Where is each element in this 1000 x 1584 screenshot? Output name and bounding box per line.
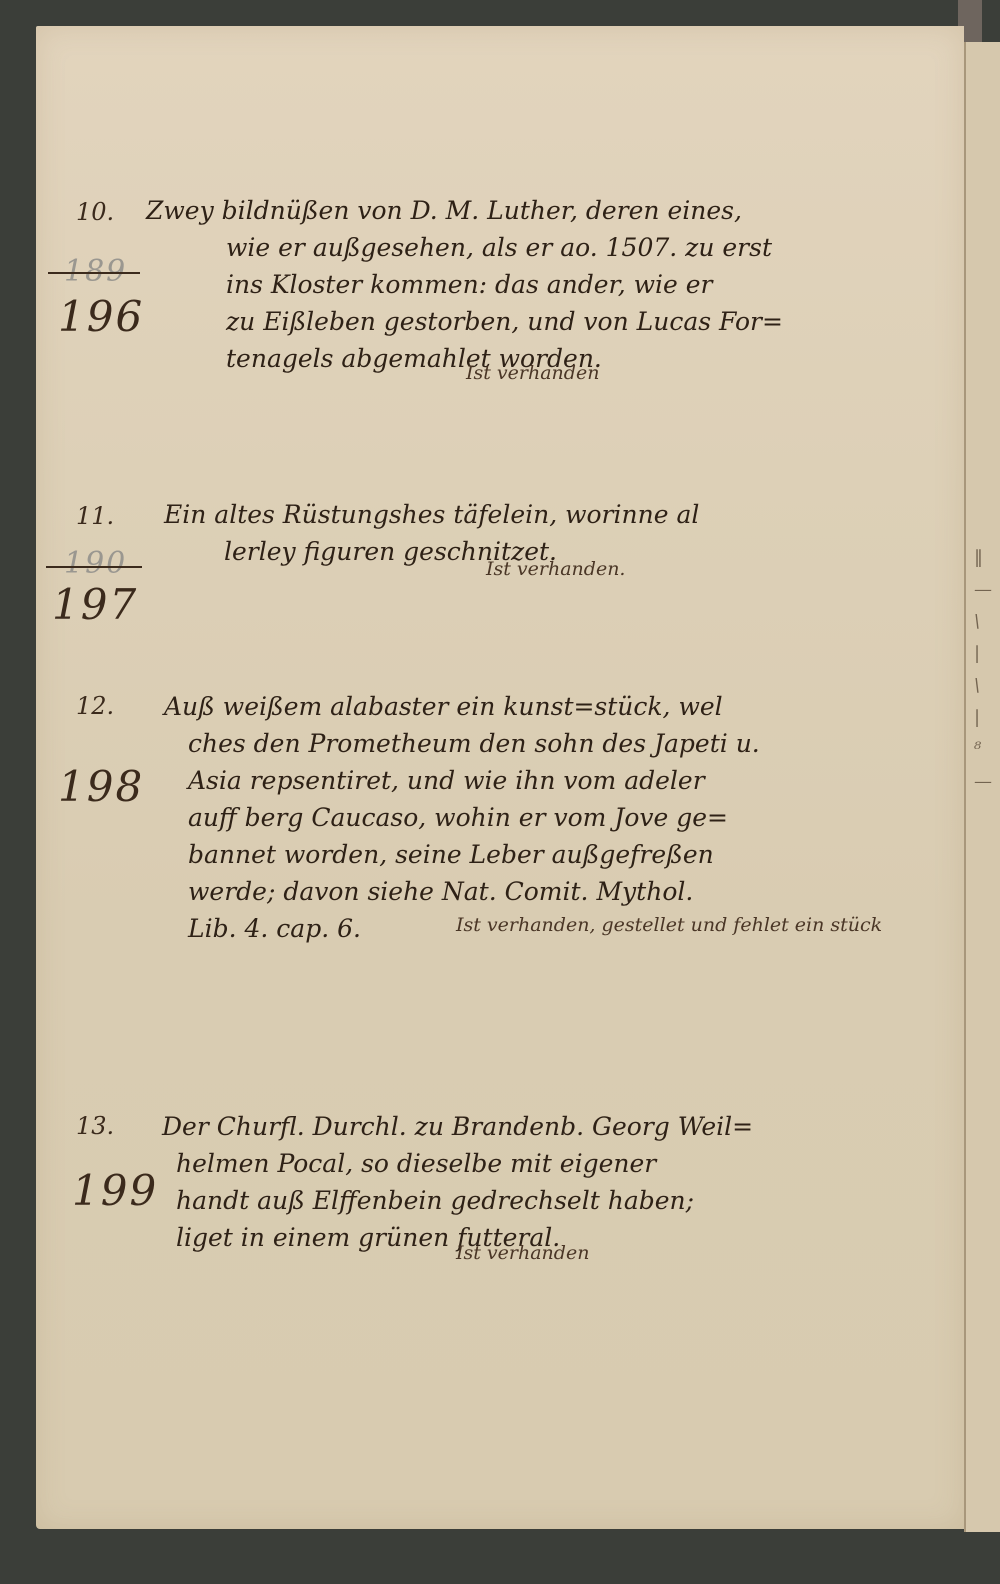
entry-line: helmen Pocal, so dieselbe mit eigener	[176, 1145, 656, 1182]
entry-line: handt auß Elffenbein gedrechselt haben;	[176, 1182, 694, 1219]
strike-line	[48, 272, 140, 274]
entry-line: bannet worden, seine Leber außgefreßen	[188, 836, 714, 873]
entry-line: Asia repsentiret, und wie ihn vom adeler	[188, 762, 705, 799]
entry-line: Auß weißem alabaster ein kunst=stück, we…	[164, 688, 723, 725]
entry-number-13: 13.	[76, 1112, 114, 1140]
strike-line	[46, 566, 142, 568]
entry-line: auff berg Caucaso, wohin er vom Jove ge=	[188, 799, 728, 836]
entry-number-10: 10.	[76, 198, 114, 226]
entry-line: ins Kloster kommen: das ander, wie er	[226, 266, 713, 303]
entry-line: ches den Prometheum den sohn des Japeti …	[188, 725, 760, 762]
old-catalog-number-190: 190	[64, 546, 127, 581]
entry-number-12: 12.	[76, 692, 114, 720]
status-note: Ist verhanden	[466, 362, 599, 384]
entry-line: Der Churfl. Durchl. zu Brandenb. Georg W…	[162, 1108, 753, 1145]
entry-line: Lib. 4. cap. 6.	[188, 910, 361, 947]
entry-number-11: 11.	[76, 502, 114, 530]
entry-line: wie er außgesehen, als er ao. 1507. zu e…	[226, 229, 772, 266]
catalog-number-197: 197	[52, 580, 138, 629]
manuscript-page: 10. 189 196 Zwey bildnüßen von D. M. Lut…	[36, 26, 964, 1529]
status-note: Ist verhanden	[456, 1242, 589, 1264]
entry-line: Ein altes Rüstungshes täfelein, worinne …	[164, 496, 699, 533]
adjacent-page-edge: ‖ — \ | \ | ⁸ —	[964, 42, 1000, 1532]
catalog-number-196: 196	[58, 292, 144, 341]
entry-line: zu Eißleben gestorben, und von Lucas For…	[226, 303, 783, 340]
status-note: Ist verhanden, gestellet und fehlet ein …	[456, 914, 882, 936]
entry-line: Zwey bildnüßen von D. M. Luther, deren e…	[146, 192, 742, 229]
adjacent-page-marks: ‖ — \ | \ | ⁸ —	[974, 542, 996, 798]
entry-line: werde; davon siehe Nat. Comit. Mythol.	[188, 873, 693, 910]
catalog-number-198: 198	[58, 762, 144, 811]
status-note: Ist verhanden.	[486, 558, 625, 580]
catalog-number-199: 199	[72, 1166, 158, 1215]
